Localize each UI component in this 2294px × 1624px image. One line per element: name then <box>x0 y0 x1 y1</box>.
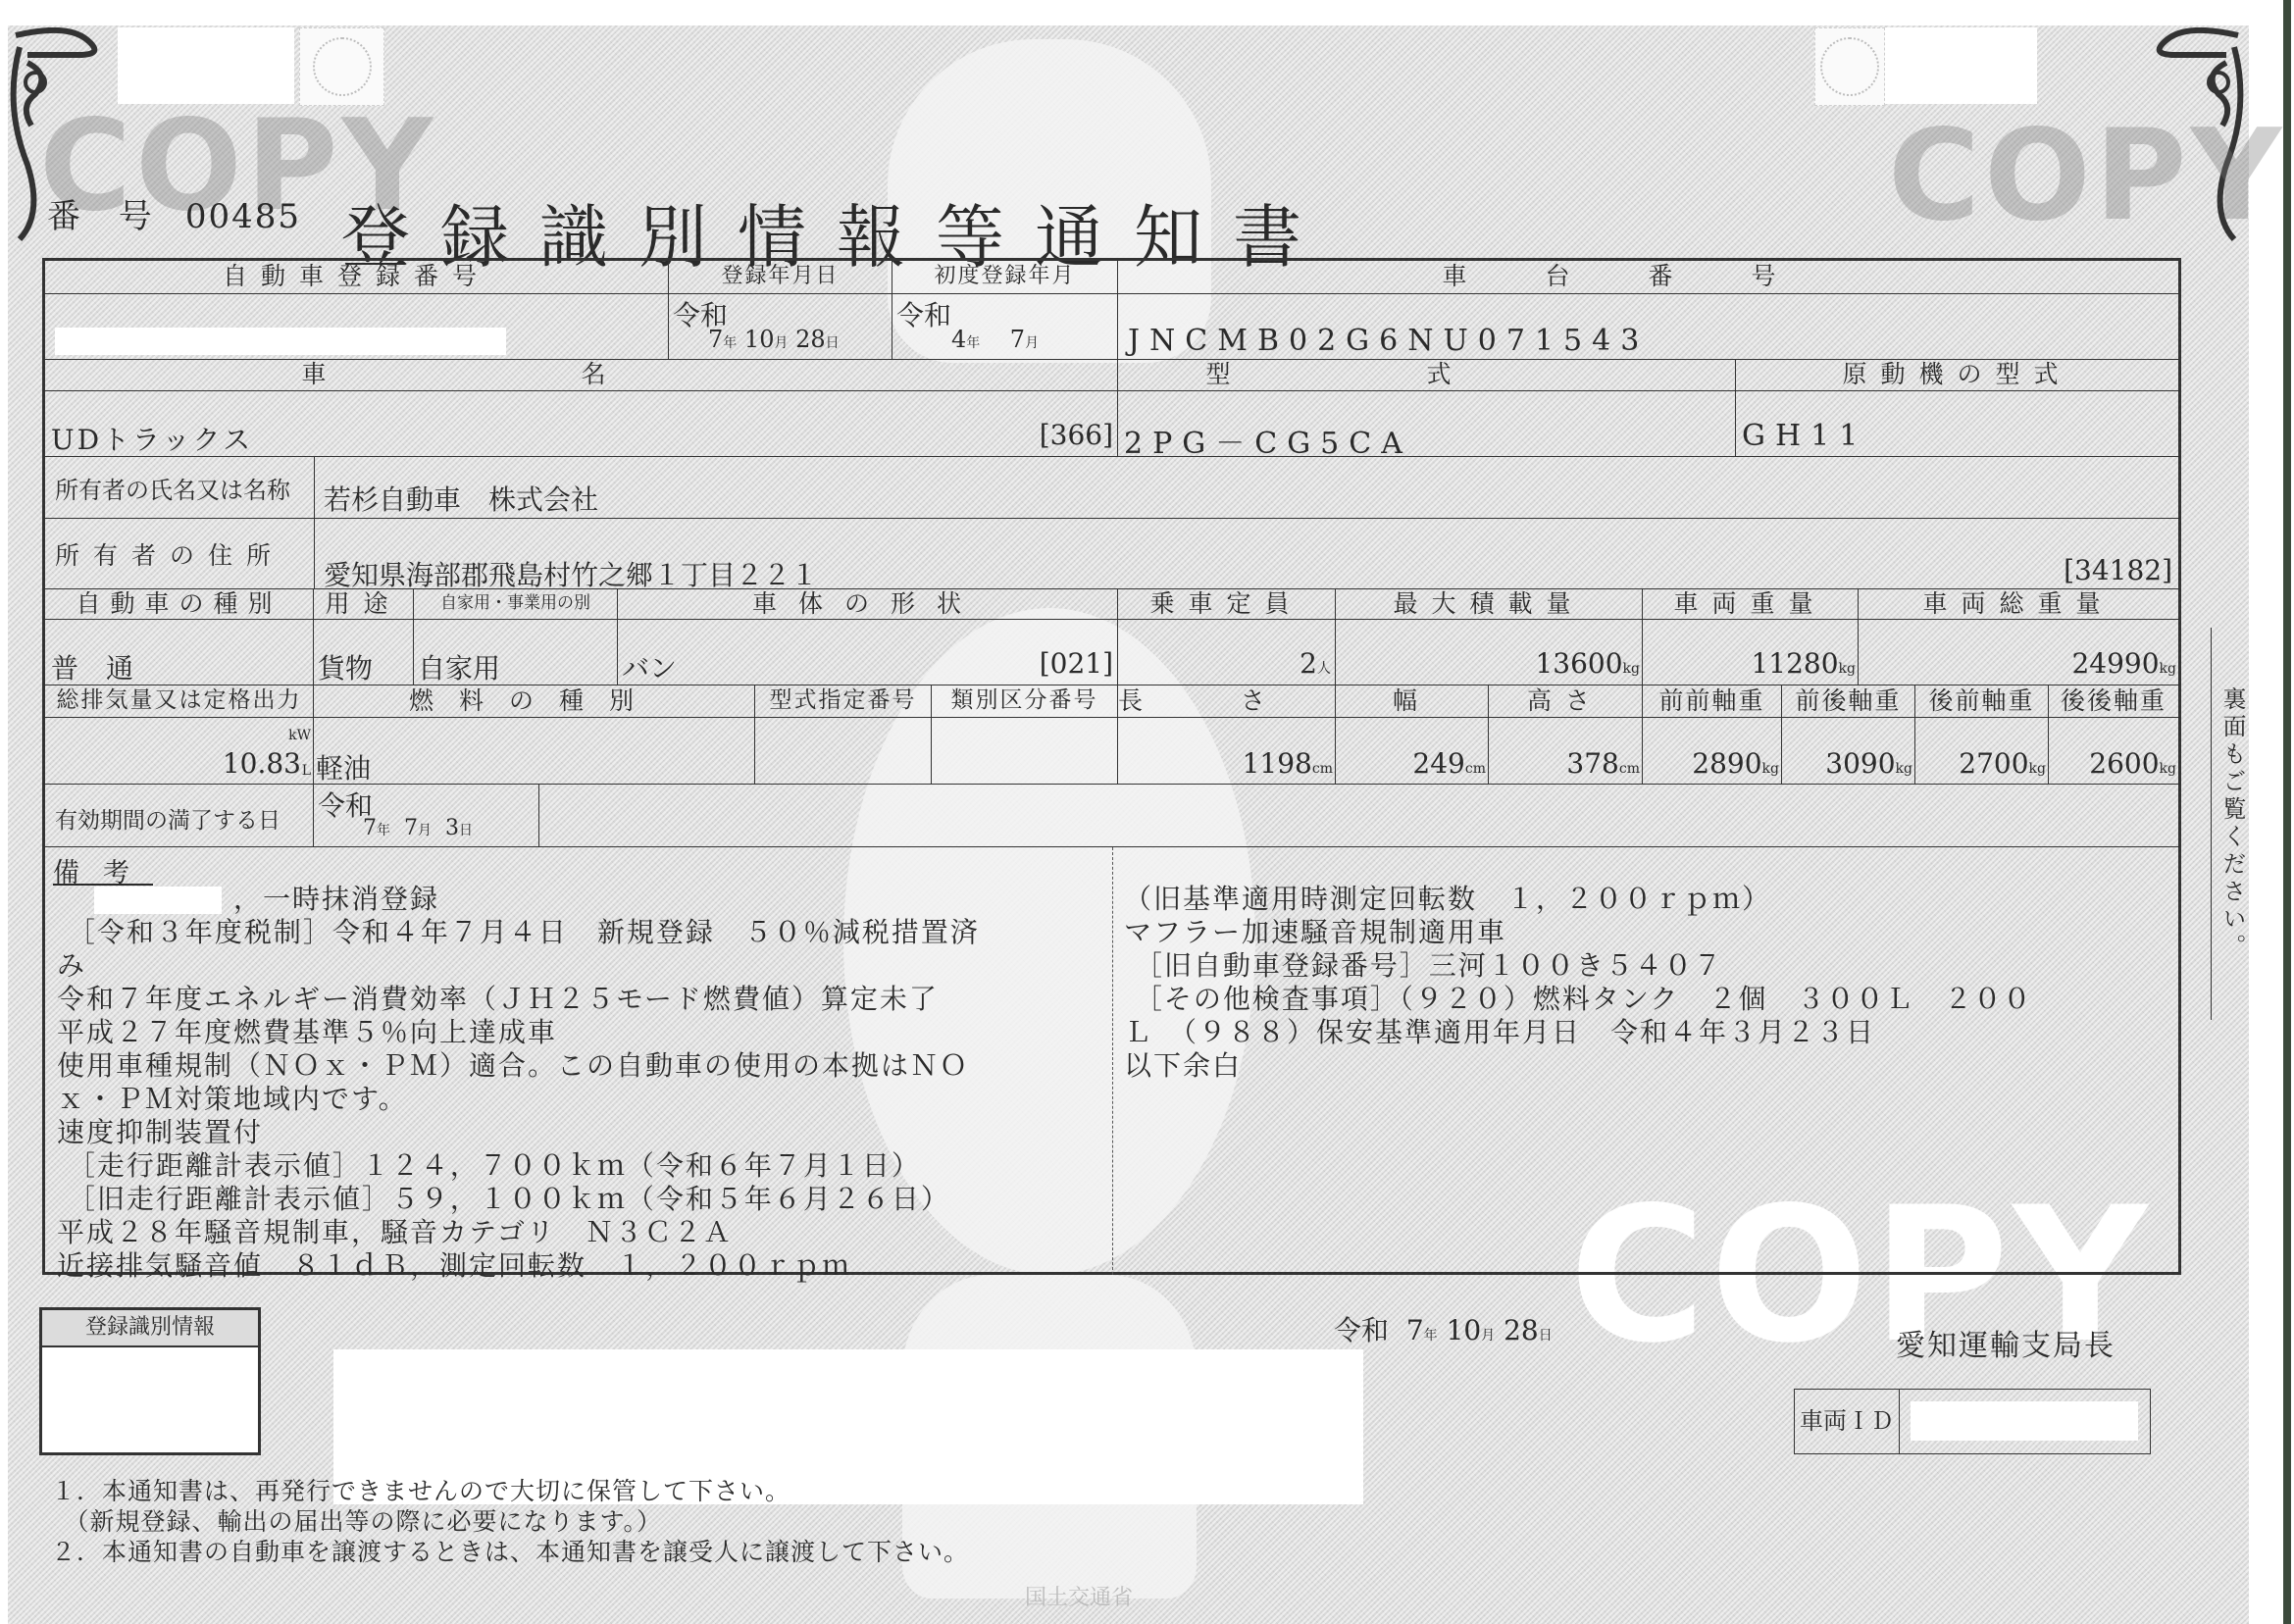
vehicle-weight-cell: 11280kg <box>1643 620 1859 685</box>
body-shape-code: [021] <box>1040 647 1113 680</box>
use-cell: 貨物 <box>314 620 414 685</box>
header-gross-weight: 車両総重量 <box>1859 589 2178 620</box>
first-registration-value: 4年 7月 <box>951 326 1039 353</box>
fr-axle-value: 3090kg <box>1825 747 1912 780</box>
text-line: （新規登録、輸出の届出等の際に必要になります。） <box>51 1506 969 1537</box>
text-line: （旧基準適用時測定回転数 １，２００ｒｐｍ） <box>1124 883 2032 916</box>
fuel-value: 軽油 <box>316 747 371 787</box>
chassis-number-cell: JNCMB02G6NU071543 <box>1118 294 2178 360</box>
type-designation-cell <box>755 718 932 785</box>
header-displacement: 総排気量又は定格出力 <box>45 685 314 718</box>
vehicle-type-cell: 普 通 <box>45 620 314 685</box>
fr-axle-cell: 3090kg <box>1782 718 1915 785</box>
text-line: ［走行距離計表示値］１２４，７００ｋｍ（令和６年７月１日） <box>57 1149 980 1183</box>
registration-info-label: 登録識別情報 <box>42 1310 258 1347</box>
header-first-registration: 初度登録年月 <box>892 261 1118 294</box>
header-chassis-number: 車台番号 <box>1118 261 2178 294</box>
vehicle-type-value: 普 通 <box>51 647 133 686</box>
capacity-cell: 2人 <box>1118 620 1336 685</box>
text-line: 速度抑制装置付 <box>57 1116 980 1149</box>
header-rf-axle: 後前軸重 <box>1915 685 2049 718</box>
vehicle-name-value: UDトラックス <box>51 419 253 458</box>
body-shape-cell: バン [021] <box>618 620 1118 685</box>
displacement-value: 10.83 <box>223 747 301 780</box>
header-rr-axle: 後後軸重 <box>2049 685 2178 718</box>
owner-name-value: 若杉自動車 株式会社 <box>324 479 598 518</box>
header-height: 高さ <box>1489 685 1643 718</box>
header-use: 用途 <box>314 589 414 620</box>
issuer-name: 愛知運輸支局長 <box>1896 1321 2116 1364</box>
header-vehicle-name: 車名 <box>45 360 1118 391</box>
text-line: み <box>57 949 980 983</box>
model-cell: 2PG－CG5CA <box>1118 391 1736 457</box>
width-cell: 249cm <box>1336 718 1489 785</box>
redacted-area <box>1885 27 2037 104</box>
divider <box>314 519 315 588</box>
height-cell: 378cm <box>1489 718 1643 785</box>
vehicle-id-box: 車両ＩＤ <box>1794 1389 2151 1454</box>
registration-form: 自動車登録番号 登録年月日 初度登録年月 車台番号 令和 7年 10月 28日 … <box>42 258 2181 1275</box>
vehicle-name-cell: UDトラックス [366] <box>45 391 1118 457</box>
remarks-divider <box>1112 847 1113 1275</box>
side-note: 裏面もご覧ください。 <box>2211 628 2241 1020</box>
private-business-value: 自家用 <box>418 647 500 686</box>
displacement-cell: kW 10.83 L <box>45 718 314 785</box>
issue-date: 令和 7年 10月 28日 <box>1334 1309 1553 1348</box>
expiry-label: 有効期間の満了する日 <box>55 802 280 835</box>
owner-address-code: [34182] <box>2064 554 2172 586</box>
text-line: 以下余白 <box>1124 1049 2032 1083</box>
copy-watermark: COPY <box>1888 103 2285 249</box>
rf-axle-cell: 2700kg <box>1915 718 2049 785</box>
redacted-vehicle-id <box>1911 1401 2138 1441</box>
rf-axle-value: 2700kg <box>1959 747 2046 780</box>
text-line: ［旧走行距離計表示値］５９，１００ｋｍ（令和５年６月２６日） <box>57 1183 980 1216</box>
text-line: ［その他検査事項］（９２０）燃料タンク ２個 ３００Ｌ ２００ <box>1124 983 2032 1016</box>
vehicle-name-code: [366] <box>1040 419 1113 451</box>
capacity-value: 2人 <box>1300 647 1331 680</box>
text-line: ２．本通知書の自動車を譲渡するときは、本通知書を譲受人に譲渡して下さい。 <box>51 1537 969 1567</box>
text-line: ［旧自動車登録番号］三河１００き５４０７ <box>1124 949 2032 983</box>
ff-axle-value: 2890kg <box>1692 747 1779 780</box>
displacement-unit-l: L <box>302 763 311 779</box>
header-vehicle-weight: 車両重量 <box>1643 589 1859 620</box>
model-value: 2PG－CG5CA <box>1124 419 1412 462</box>
header-body-shape: 車体の形状 <box>618 589 1118 620</box>
header-fuel: 燃料の種別 <box>314 685 755 718</box>
footer-notes: １．本通知書は、再発行できませんので大切に保管して下さい。 （新規登録、輸出の届… <box>51 1476 969 1567</box>
expiry-date-cell: 令和 7年 7月 3日 <box>314 785 539 847</box>
ministry-logo: 国土交通省 <box>1025 1581 1133 1611</box>
use-value: 貨物 <box>318 647 373 686</box>
redacted-remark <box>94 887 222 914</box>
header-model: 型式 <box>1118 360 1736 391</box>
owner-address-row: 所有者の住所 愛知県海部郡飛島村竹之郷１丁目２２１ [34182] <box>45 519 2178 589</box>
header-ff-axle: 前前軸重 <box>1643 685 1782 718</box>
redacted-registration-number <box>55 328 506 355</box>
header-type-designation: 型式指定番号 <box>755 685 932 718</box>
first-registration-cell: 令和 4年 7月 <box>892 294 1118 360</box>
owner-address-label: 所有者の住所 <box>55 536 284 572</box>
seal-box <box>1814 27 1885 106</box>
document-number-value: 00485 <box>185 197 301 236</box>
divider <box>314 457 315 518</box>
body-shape-value: バン <box>622 647 677 686</box>
owner-address-value: 愛知県海部郡飛島村竹之郷１丁目２２１ <box>324 554 818 593</box>
text-line: ｘ・ＰＭ対策地域内です。 <box>57 1083 980 1116</box>
header-fr-axle: 前後軸重 <box>1782 685 1915 718</box>
header-max-load: 最大積載量 <box>1336 589 1643 620</box>
gross-weight-value: 24990kg <box>2071 647 2176 680</box>
header-registration-date: 登録年月日 <box>669 261 892 294</box>
header-width: 幅 <box>1336 685 1489 718</box>
rr-axle-value: 2600kg <box>2089 747 2176 780</box>
seal-emblem-icon <box>1820 37 1879 96</box>
text-line: ［令和３年度税制］令和４年７月４日 新規登録 ５０％減税措置済 <box>57 916 980 949</box>
text-line: １．本通知書は、再発行できませんので大切に保管して下さい。 <box>51 1476 969 1506</box>
registration-number-cell <box>45 294 669 360</box>
header-capacity: 乗車定員 <box>1118 589 1336 620</box>
remarks-right-column: （旧基準適用時測定回転数 １，２００ｒｐｍ）マフラー加速騒音規制適用車 ［旧自動… <box>1124 883 2032 1083</box>
ff-axle-cell: 2890kg <box>1643 718 1782 785</box>
header-registration-number: 自動車登録番号 <box>45 261 669 294</box>
header-private-business: 自家用・事業用の別 <box>414 589 618 620</box>
remarks-left-column: ，一時抹消登録 ［令和３年度税制］令和４年７月４日 新規登録 ５０％減税措置済み… <box>57 883 980 1283</box>
private-business-cell: 自家用 <box>414 620 618 685</box>
fuel-cell: 軽油 <box>314 718 755 785</box>
height-value: 378cm <box>1566 747 1640 780</box>
text-line: 令和７年度エネルギー消費効率（ＪＨ２５モード燃費値）算定未了 <box>57 983 980 1016</box>
header-length: 長さ <box>1118 685 1336 718</box>
max-load-cell: 13600kg <box>1336 620 1643 685</box>
vehicle-id-label: 車両ＩＤ <box>1795 1390 1900 1453</box>
text-line: 平成２７年度燃費基準５％向上達成車 <box>57 1016 980 1049</box>
document-number-label: 番 号 <box>47 197 166 236</box>
first-registration-era: 令和 <box>896 294 951 333</box>
text-line: マフラー加速騒音規制適用車 <box>1124 916 2032 949</box>
registration-date-value: 7年 10月 28日 <box>708 326 840 353</box>
header-engine-model: 原動機の型式 <box>1736 360 2178 391</box>
engine-model-value: GH11 <box>1742 419 1867 453</box>
header-category-number: 類別区分番号 <box>932 685 1118 718</box>
owner-name-row: 所有者の氏名又は名称 若杉自動車 株式会社 <box>45 457 2178 519</box>
rr-axle-cell: 2600kg <box>2049 718 2178 785</box>
width-value: 249cm <box>1412 747 1486 780</box>
text-line: 使用車種規制（ＮＯｘ・ＰＭ）適合。この自動車の使用の本拠はＮＯ <box>57 1049 980 1083</box>
registration-date-cell: 令和 7年 10月 28日 <box>669 294 892 360</box>
vehicle-weight-value: 11280kg <box>1751 647 1856 680</box>
displacement-unit-kw: kW <box>288 728 311 743</box>
registration-info-box: 登録識別情報 <box>39 1307 261 1455</box>
document-number: 番 号00485 <box>47 189 301 237</box>
max-load-value: 13600kg <box>1535 647 1640 680</box>
text-line: 平成２８年騒音規制車，騒音カテゴリ Ｎ３Ｃ２Ａ <box>57 1216 980 1249</box>
gross-weight-cell: 24990kg <box>1859 620 2178 685</box>
header-vehicle-type: 自動車の種別 <box>45 589 314 620</box>
scan-top-margin <box>0 0 2294 25</box>
owner-name-label: 所有者の氏名又は名称 <box>55 471 290 505</box>
text-line: Ｌ （９８８）保安基準適用年月日 令和４年３月２３日 <box>1124 1016 2032 1049</box>
seal-emblem-icon <box>313 37 372 96</box>
length-value: 1198cm <box>1243 747 1333 780</box>
expiry-label-cell: 有効期間の満了する日 <box>45 785 314 847</box>
category-number-cell <box>932 718 1118 785</box>
engine-model-cell: GH11 <box>1736 391 2178 457</box>
side-note-text: 裏面もご覧ください。 <box>2216 686 2250 961</box>
text-line: 近接排気騒音値 ８１ｄＢ，測定回転数 １，２００ｒｐｍ <box>57 1249 980 1283</box>
length-cell: 1198cm <box>1118 718 1336 785</box>
chassis-number-value: JNCMB02G6NU071543 <box>1128 324 1649 358</box>
expiry-date-value: 7年 7月 3日 <box>363 816 473 840</box>
